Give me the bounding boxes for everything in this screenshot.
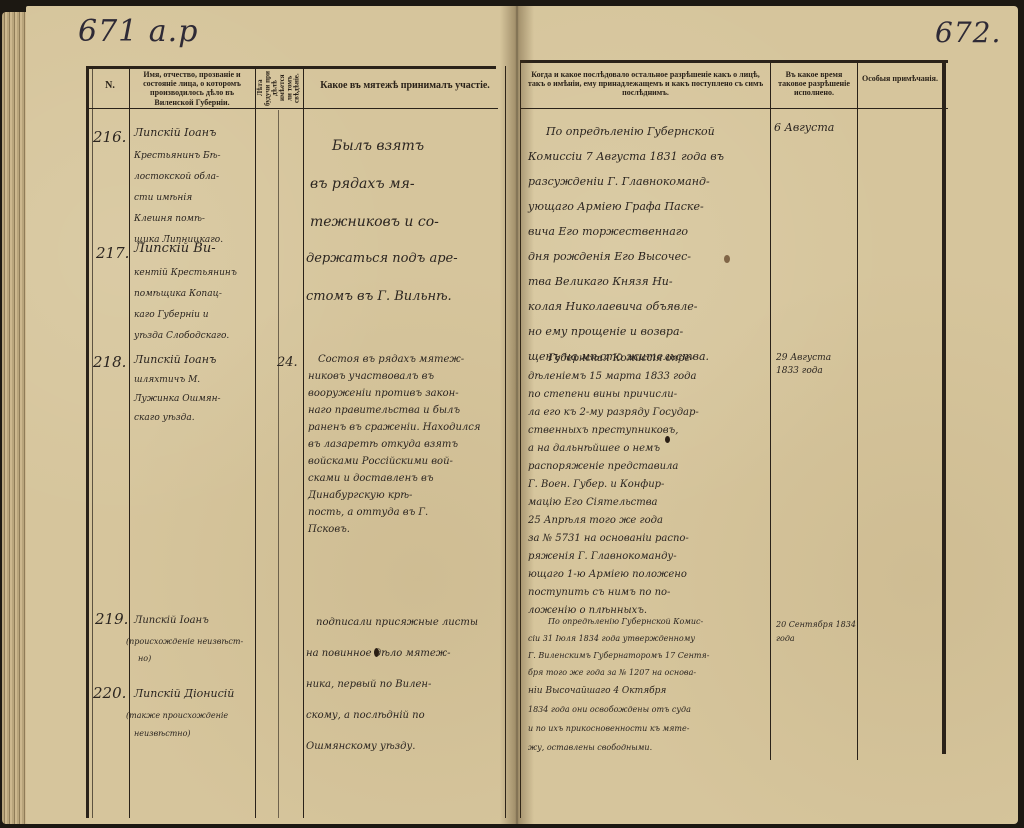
entry-218-number: 218. [93,353,126,371]
header-executed: Въ какое время таковое разрѣшеніе исполн… [772,70,856,98]
header-age: Лѣта будучи при дѣлѣ имѣется ли томъ свѣ… [257,70,301,106]
right-folio-number: 672. [935,16,1001,49]
entry-216-participation: Былъ взятъ въ рядахъ мя- тежниковъ и со- [310,128,500,242]
open-ledger-book: 671 а.р N. Имя, отчество, прозваніе и со… [0,0,1024,828]
entry-218-name: Липскій Іоанъ шляхтичъ М. Лужинка Ошмян-… [134,350,256,428]
entry-216-executed-date: 6 Августа [774,122,834,133]
left-table-outer-left-rule [86,66,89,818]
header-notes: Особыя примѣчанія. [859,74,941,83]
col-divider-executed [857,60,858,760]
entry-217-number: 217. [96,244,129,262]
entry-216-name: Липскій Іоанъ Крестьянинъ Бѣ- лостокской… [134,120,256,251]
col-divider-age [303,66,304,818]
ink-blot [665,436,670,443]
right-header-bottom-rule [520,108,948,109]
entry-220-number: 220. [93,684,126,702]
header-resolution: Когда и какое послѣдовало остальное разр… [523,70,768,98]
header-name: Имя, отчество, прозваніе и состояніе лиц… [131,70,253,107]
left-table-inner-left-rule [92,66,93,818]
header-participation: Какое въ мятежѣ принималъ участіе. [306,80,504,92]
entry-219-participation: подписали присяжные листы на повинное дѣ… [306,608,506,763]
entry-216-resolution: По опредѣленію Губернской Комиссіи 7 Авг… [528,120,768,370]
entry-216-number: 216. [93,128,126,146]
right-table-left-rule [520,60,521,818]
book-page-edges [2,12,28,824]
entry-219-executed-date: 20 Сентября 1834 года [776,618,858,646]
col-divider-age-faint [278,110,279,818]
entry-217-name: Липскій Ви- кентій Крестьянинъ помѣщика … [134,236,256,347]
entry-219-resolution: По опредѣленію Губернской Комис- сіи 31 … [528,614,772,758]
left-header-bottom-rule [88,108,498,109]
ink-stain [724,255,730,263]
entry-218-participation: Состоя въ рядахъ мятеж- никовъ участвова… [308,352,504,539]
entry-219-name: Липскій Іоанъ (происхожденіе неизвѣст- н… [126,610,266,667]
entry-218-executed-date: 29 Августа 1833 года [776,352,856,378]
entry-218-resolution: Губернская Комиссія опре- дѣленіемъ 15 м… [528,350,770,620]
entry-217-participation: держаться подъ аре- стомъ въ Г. Вильнѣ. [306,240,506,316]
header-no: N. [92,80,128,92]
left-folio-number: 671 а.р [78,14,198,49]
entry-218-age: 24. [277,355,298,370]
right-table-outer-right-rule [942,60,946,754]
ink-blot [374,648,379,657]
entry-219-number: 219. [95,610,128,628]
right-table-top-rule [520,60,948,63]
left-table-top-rule [86,66,496,69]
entry-220-name: Липскій Діонисій (также происхожденіе не… [126,682,266,743]
